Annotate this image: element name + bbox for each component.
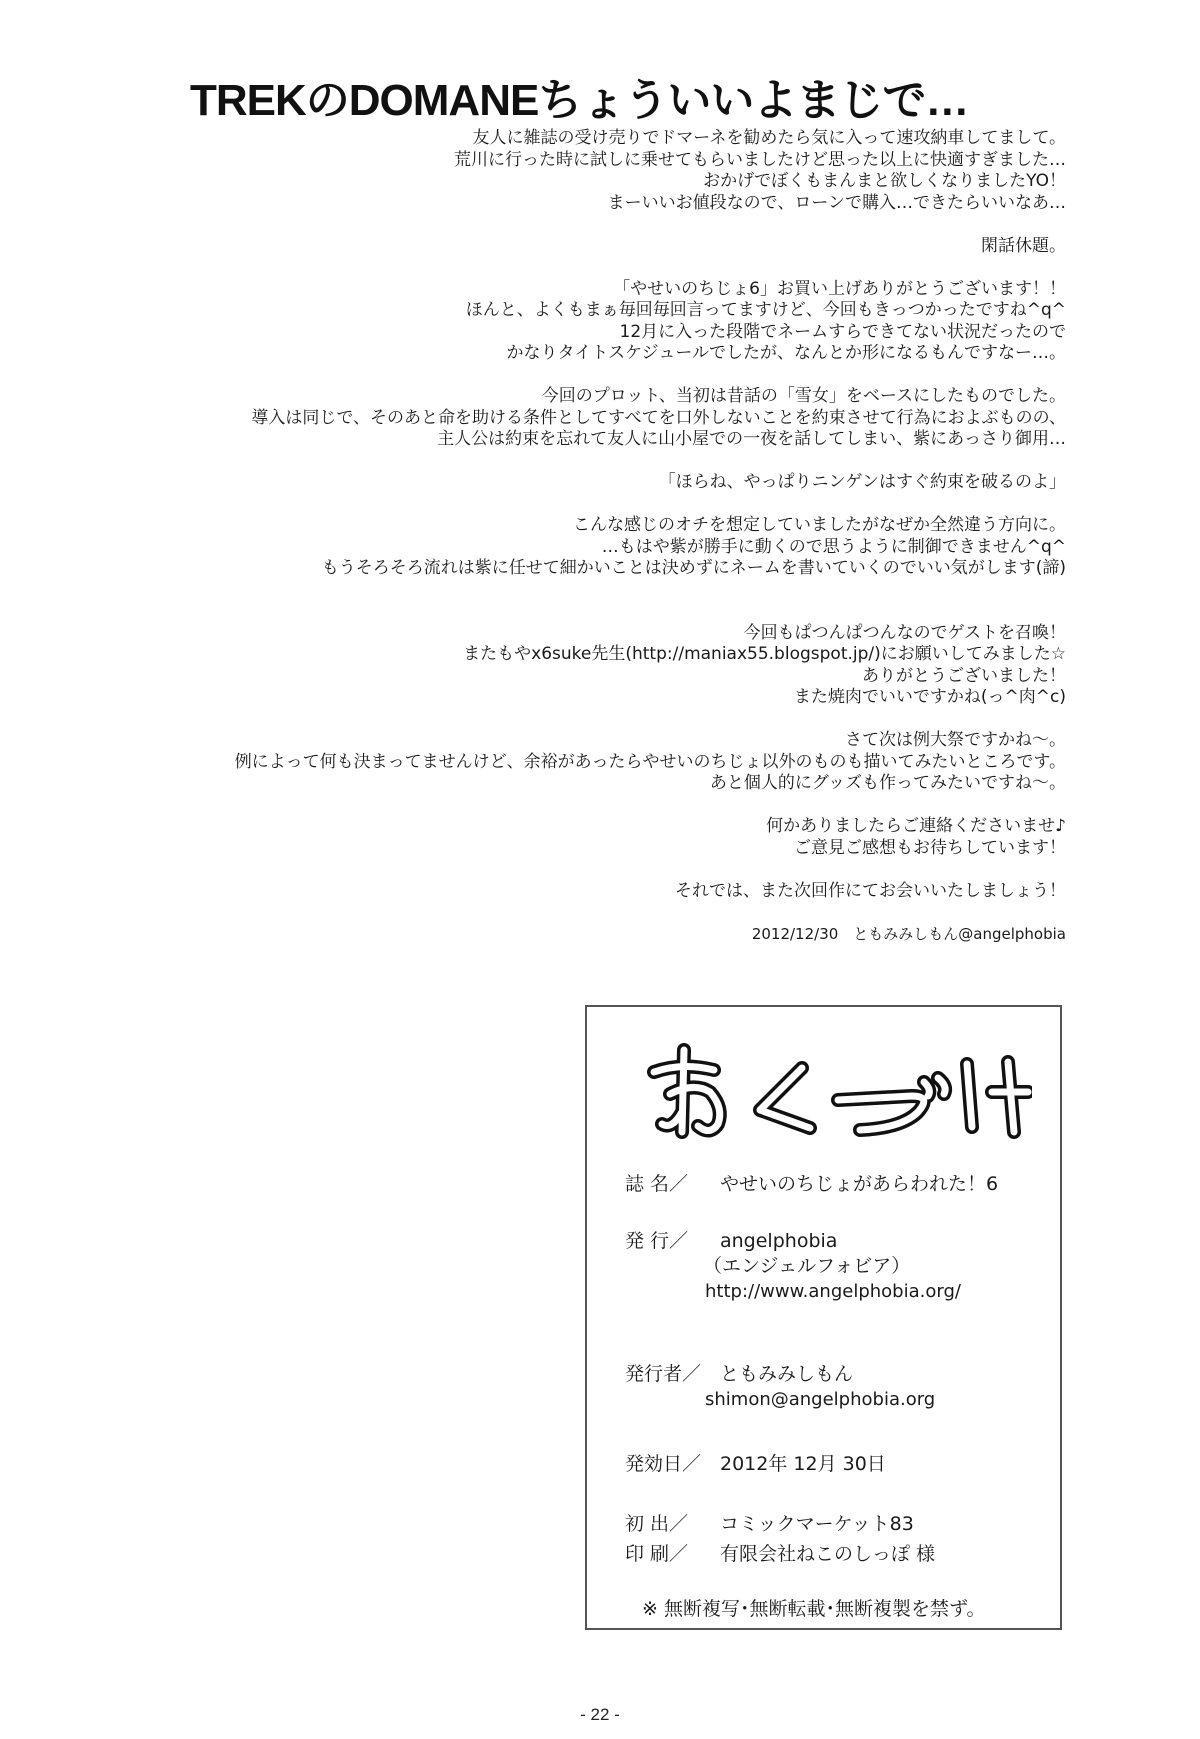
publisher-reading: （エンジェルフォビア） [625,1254,961,1279]
text-line: ご意見ご感想もお待ちしています！ [66,838,1066,860]
publisher-url[interactable]: http://www.angelphobia.org/ [625,1279,961,1304]
text-line: おかげでぼくもまんまと欲しくなりましたYO！ [66,171,1066,193]
field-first-appearance: 初 出／コミックマーケット83 [625,1512,914,1537]
signature: 2012/12/30 ともみみしもん@angelphobia [66,924,1066,946]
colophon-box: おくづけ [585,1005,1062,1630]
text-line: 荒川に行った時に試しに乗せてもらいましたけど思った以上に快適すぎました… [66,150,1066,172]
text-line: まーいいお値段なので、ローンで購入…できたらいいなあ… [66,193,1066,215]
text-line: あと個人的にグッズも作ってみたいですね～。 [66,773,1066,795]
page-number: - 22 - [0,1705,1200,1725]
field-label: 発効日／ [625,1452,720,1477]
field-label: 発行者／ [625,1362,720,1387]
paragraph-domane: 友人に雑誌の受け売りでドマーネを勧めたら気に入って速攻納車してまして。 荒川に行… [66,128,1066,214]
text-line: 「ほらね、やっぱりニンゲンはすぐ約束を破るのよ」 [66,472,1066,494]
issuer-email[interactable]: shimon@angelphobia.org [625,1387,935,1412]
field-value: angelphobia [720,1230,837,1252]
text-line: またもやx6suke先生(http://maniax55.blogspot.jp… [66,644,1066,666]
paragraph-farewell: それでは、また次回作にてお会いいたしましょう！ [66,881,1066,903]
text-line: 導入は同じで、そのあと命を助ける条件としてすべてを口外しないことを約束させて行為… [66,408,1066,430]
text-line: さて次は例大祭ですかね～。 [66,730,1066,752]
okuzuke-heading-logo: おくづけ [632,1032,1032,1142]
field-label: 初 出／ [625,1512,720,1537]
paragraph-aside: 閑話休題。 [66,236,1066,258]
paragraph-guest: 今回もぱつんぱつんなのでゲストを召喚！ またもやx6suke先生(http://… [66,623,1066,709]
field-date: 発効日／2012年 12月 30日 [625,1452,886,1477]
paragraph-plot: 今回のプロット、当初は昔話の「雪女」をベースにしたものでした。 導入は同じで、そ… [66,386,1066,451]
text-line: 今回のプロット、当初は昔話の「雪女」をベースにしたものでした。 [66,386,1066,408]
afterword-text: 友人に雑誌の受け売りでドマーネを勧めたら気に入って速攻納車してまして。 荒川に行… [66,128,1066,967]
signature-line: 2012/12/30 ともみみしもん@angelphobia [66,924,1066,946]
text-line: 「やせいのちじょ6」お買い上げありがとうございます！！ [66,279,1066,301]
paragraph-ending: こんな感じのオチを想定していましたがなぜか全然違う方向に。 …もはや紫が勝手に動… [66,515,1066,580]
text-line: 例によって何も決まってませんけど、余裕があったらやせいのちじょ以外のものも描いて… [66,752,1066,774]
text-line: 閑話休題。 [66,236,1066,258]
field-label: 印 刷／ [625,1542,720,1567]
paragraph-thanks: 「やせいのちじょ6」お買い上げありがとうございます！！ ほんと、よくもまぁ毎回毎… [66,279,1066,365]
field-value: ともみみしもん [720,1363,853,1385]
field-value: 有限会社ねこのしっぽ 様 [720,1543,935,1565]
field-value: 2012年 12月 30日 [720,1453,886,1475]
text-line: ありがとうございました！ [66,666,1066,688]
field-publisher: 発 行／angelphobia （エンジェルフォビア） http://www.a… [625,1229,961,1304]
field-value: コミックマーケット83 [720,1513,914,1535]
text-line: もうそろそろ流れは紫に任せて細かいことは決めずにネームを書いていくのでいい気がし… [66,558,1066,580]
field-label: 誌 名／ [625,1172,720,1197]
text-line: こんな感じのオチを想定していましたがなぜか全然違う方向に。 [66,515,1066,537]
text-line: また焼肉でいいですかね(っ^肉^c) [66,687,1066,709]
text-line: それでは、また次回作にてお会いいたしましょう！ [66,881,1066,903]
text-line: ほんと、よくもまぁ毎回毎回言ってますけど、今回もきっつかったですね^q^ [66,300,1066,322]
paragraph-quote: 「ほらね、やっぱりニンゲンはすぐ約束を破るのよ」 [66,472,1066,494]
copyright-notice: ※ 無断複写･無断転載･無断複製を禁ず。 [642,1594,985,1621]
text-line: かなりタイトスケジュールでしたが、なんとか形になるもんですなー…。 [66,343,1066,365]
field-title: 誌 名／やせいのちじょがあらわれた！6 [625,1172,998,1197]
field-issuer: 発行者／ともみみしもん shimon@angelphobia.org [625,1362,935,1412]
text-line: 何かありましたらご連絡くださいませ♪ [66,816,1066,838]
field-printer: 印 刷／有限会社ねこのしっぽ 様 [625,1542,935,1567]
field-label: 発 行／ [625,1229,720,1254]
text-line: 友人に雑誌の受け売りでドマーネを勧めたら気に入って速攻納車してまして。 [66,128,1066,150]
paragraph-contact: 何かありましたらご連絡くださいませ♪ ご意見ご感想もお待ちしています！ [66,816,1066,859]
text-line: 主人公は約束を忘れて友人に山小屋での一夜を話してしまい、紫にあっさり御用… [66,429,1066,451]
text-line: 12月に入った段階でネームすらできてない状況だったので [66,322,1066,344]
text-line: 今回もぱつんぱつんなのでゲストを召喚！ [66,623,1066,645]
paragraph-next: さて次は例大祭ですかね～。 例によって何も決まってませんけど、余裕があったらやせ… [66,730,1066,795]
page-title: TREKのDOMANEちょういいよまじで… [190,73,1110,129]
field-value: やせいのちじょがあらわれた！6 [720,1173,998,1195]
text-line: …もはや紫が勝手に動くので思うように制御できません^q^ [66,537,1066,559]
